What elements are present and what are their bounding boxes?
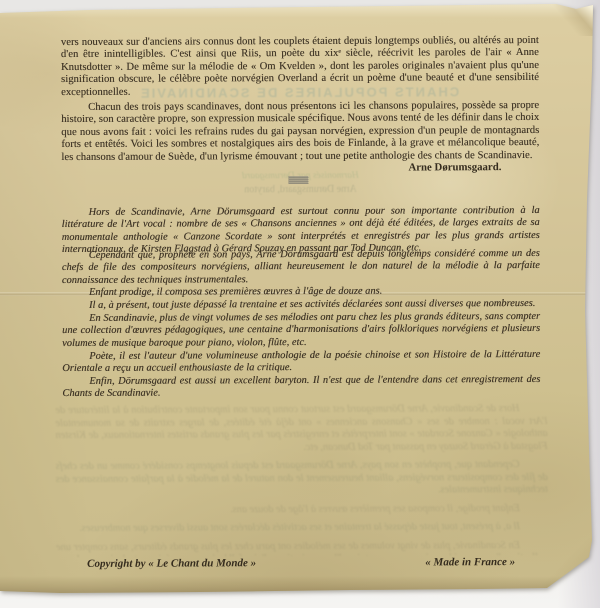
paragraph-2: Chacun des trois pays scandinaves, dont … <box>61 100 539 164</box>
paper-shadow: CHANTS POPULAIRES DE SCANDINAVIE Harmoni… <box>0 0 600 608</box>
scanned-page: CHANTS POPULAIRES DE SCANDINAVIE Harmoni… <box>0 0 600 608</box>
paragraph-1: vers nouveaux sur d'anciens airs connus … <box>61 35 539 99</box>
italic-paragraph-7: Enfin, Dörumsgaard est aussi un excellen… <box>62 374 540 401</box>
bleedthrough-line-baryton: Arne Dørumsgaard, baryton <box>61 183 539 196</box>
photo-background: CHANTS POPULAIRES DE SCANDINAVIE Harmoni… <box>0 0 600 608</box>
bleedthrough-lower: Hors de Scandinavie, Arne Dörumsgaard es… <box>55 403 548 557</box>
made-in-france-label: « Made in France » <box>425 556 515 568</box>
italic-paragraph-5: En Scandinavie, plus de vingt volumes de… <box>62 311 540 350</box>
italic-paragraph-6: Poète, il est l'auteur d'une volumineuse… <box>62 349 540 376</box>
author-signature: Arne Dørumsgaard. <box>61 161 539 175</box>
page-content: CHANTS POPULAIRES DE SCANDINAVIE Harmoni… <box>0 0 600 608</box>
italic-paragraph-2: Cependant que, prophète en son pays, Arn… <box>62 248 540 287</box>
page-footer: Copyright by « Le Chant du Monde » « Mad… <box>63 556 541 570</box>
copyright-notice: Copyright by « Le Chant du Monde » <box>87 557 256 570</box>
divider-ornament <box>288 176 308 184</box>
